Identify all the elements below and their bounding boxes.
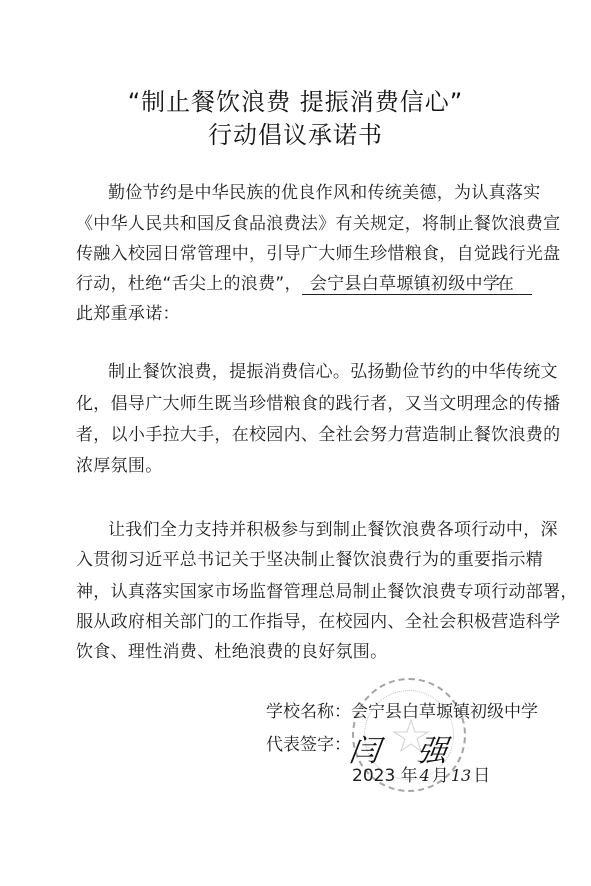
paragraph3-line1: 让我们全力支持并积极参与到制止餐饮浪费各项行动中，深 [108, 519, 516, 541]
paragraph3-line5: 饮食、理性消费、杜绝浪费的良好氛围。 [76, 641, 516, 663]
after-blank-text: 在 [497, 273, 514, 295]
paragraph1-line5: 此郑重承诺： [76, 303, 516, 325]
school-name-value: 会宁县白草塬镇初级中学 [351, 702, 538, 722]
document-title-line2: 行动倡议承诺书 [0, 115, 591, 150]
paragraph1-line4: 行动，杜绝“舌尖上的浪费”，会宁县白草塬镇初级中学在 [76, 273, 516, 295]
paragraph1-line4-text: 行动，杜绝“舌尖上的浪费”， [76, 274, 302, 294]
paragraph1-line3: 传融入校园日常管理中，引导广大师生珍惜粮食，自觉践行光盘 [76, 243, 516, 265]
date-year: 2023 [352, 766, 395, 786]
paragraph3-line4: 服从政府相关部门的工作指导，在校园内、全社会积极营造科学 [76, 611, 516, 633]
date-month-unit: 月 [432, 766, 449, 786]
date-row: 2023 年4月13日 [352, 765, 490, 787]
date-year-unit: 年 [401, 766, 418, 786]
school-name-label: 学校名称： [266, 702, 351, 722]
commitment-letter-page: “制止餐饮浪费 提振消费信心” 行动倡议承诺书 勤俭节约是中华民族的优良作风和传… [0, 0, 591, 886]
paragraph2-line3: 者，以小手拉大手，在校园内、全社会努力营造制止餐饮浪费的 [76, 424, 516, 446]
paragraph1-line2: 《中华人民共和国反食品浪费法》有关规定，将制止餐饮浪费宣 [76, 213, 516, 235]
handwritten-signature: 闫 强 [347, 726, 465, 770]
paragraph3-line2: 入贯彻习近平总书记关于坚决制止餐饮浪费行为的重要指示精 [76, 549, 516, 571]
date-day-unit: 日 [473, 766, 490, 786]
date-month: 4 [418, 766, 432, 785]
paragraph3-line3: 神，认真落实国家市场监督管理总局制止餐饮浪费专项行动部署， [76, 581, 522, 603]
paragraph2-line1: 制止餐饮浪费，提振消费信心。弘扬勤俭节约的中华传统文 [108, 361, 516, 383]
date-day: 13 [449, 766, 473, 785]
paragraph1-line1: 勤俭节约是中华民族的优良作风和传统美德，为认真落实 [108, 182, 516, 204]
paragraph2-line2: 化，倡导广大师生既当珍惜粮食的践行者，又当文明理念的传播 [76, 393, 516, 415]
representative-row: 代表签字： [266, 734, 351, 756]
school-name-row: 学校名称：会宁县白草塬镇初级中学 [266, 701, 538, 723]
paragraph2-line4: 浓厚氛围。 [76, 455, 516, 477]
document-title-line1: “制止餐饮浪费 提振消费信心” [0, 82, 591, 117]
representative-label: 代表签字： [266, 735, 351, 755]
